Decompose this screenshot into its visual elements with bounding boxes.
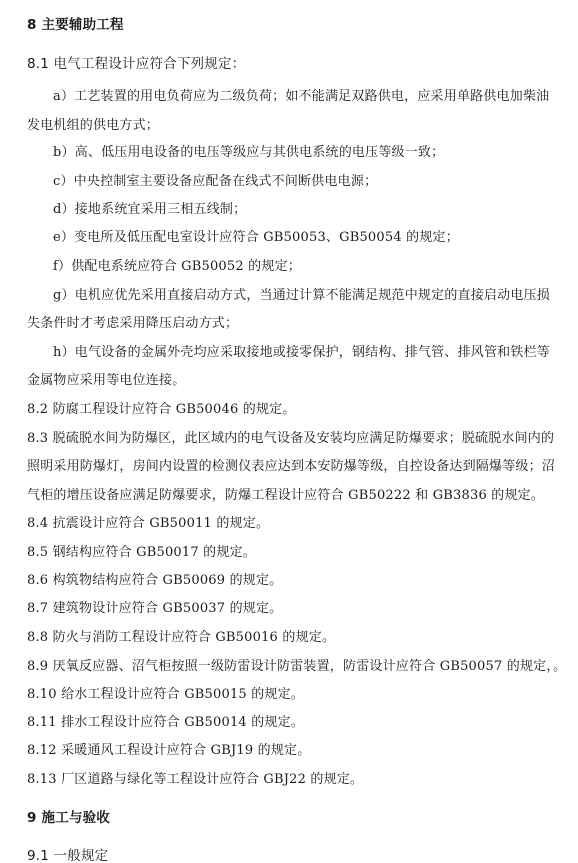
clause-8-3-line1: 8.3 脱硫脱水间为防爆区，此区域内的电气设备及安装均应满足防爆要求；脱硫脱水间… [27, 431, 554, 447]
item-d: d）接地系统宜采用三相五线制； [53, 202, 246, 218]
clause-8-6: 8.6 构筑物结构应符合 GB50069 的规定。 [27, 573, 282, 589]
item-a-line2: 发电机组的供电方式； [27, 118, 159, 134]
clause-8-10: 8.10 给水工程设计应符合 GB50015 的规定。 [27, 687, 304, 703]
section-8-heading: 8 主要辅助工程 [27, 17, 124, 33]
clause-8-11: 8.11 排水工程设计应符合 GB50014 的规定。 [27, 715, 304, 731]
section-8-1-heading: 8.1 电气工程设计应符合下列规定： [27, 56, 245, 72]
item-c: c）中央控制室主要设备应配备在线式不间断供电电源； [53, 174, 377, 190]
section-9-1-heading: 9.1 一般规定 [27, 848, 108, 863]
item-e: e）变电所及低压配电室设计应符合 GB50053、GB50054 的规定； [53, 230, 459, 246]
clause-8-7: 8.7 建筑物设计应符合 GB50037 的规定。 [27, 601, 282, 617]
item-g-line1: g）电机应优先采用直接启动方式，当通过计算不能满足规范中规定的直接启动电压损 [53, 288, 550, 304]
clause-8-5: 8.5 钢结构应符合 GB50017 的规定。 [27, 545, 256, 561]
clause-8-4: 8.4 抗震设计应符合 GB50011 的规定。 [27, 516, 269, 532]
clause-8-3-line3: 气柜的增压设备应满足防爆要求，防爆工程设计应符合 GB50222 和 GB383… [27, 488, 544, 504]
clause-8-13: 8.13 厂区道路与绿化等工程设计应符合 GBJ22 的规定。 [27, 772, 363, 788]
item-g-line2: 失条件时才考虑采用降压启动方式； [27, 316, 238, 332]
clause-8-12: 8.12 采暖通风工程设计应符合 GBJ19 的规定。 [27, 743, 310, 759]
clause-8-9: 8.9 厌氧反应器、沼气柜按照一级防雷设计防雷装置，防雷设计应符合 GB5005… [27, 659, 566, 675]
item-f: f）供配电系统应符合 GB50052 的规定； [53, 259, 301, 275]
item-h-line2: 金属物应采用等电位连接。 [27, 373, 185, 389]
item-b: b）高、低压用电设备的电压等级应与其供电系统的电压等级一致； [53, 145, 444, 161]
clause-8-3-line2: 照明采用防爆灯，房间内设置的检测仪表应达到本安防爆等级，自控设备达到隔爆等级；沼 [27, 459, 555, 475]
clause-8-8: 8.8 防火与消防工程设计应符合 GB50016 的规定。 [27, 630, 335, 646]
clause-8-2: 8.2 防腐工程设计应符合 GB50046 的规定。 [27, 402, 296, 418]
item-a-line1: a）工艺装置的用电负荷应为二级负荷；如不能满足双路供电，应采用单路供电加柴油 [53, 89, 549, 105]
section-9-heading: 9 施工与验收 [27, 810, 110, 826]
item-h-line1: h）电气设备的金属外壳均应采取接地或接零保护，钢结构、排气管、排风管和铁栏等 [53, 345, 550, 361]
